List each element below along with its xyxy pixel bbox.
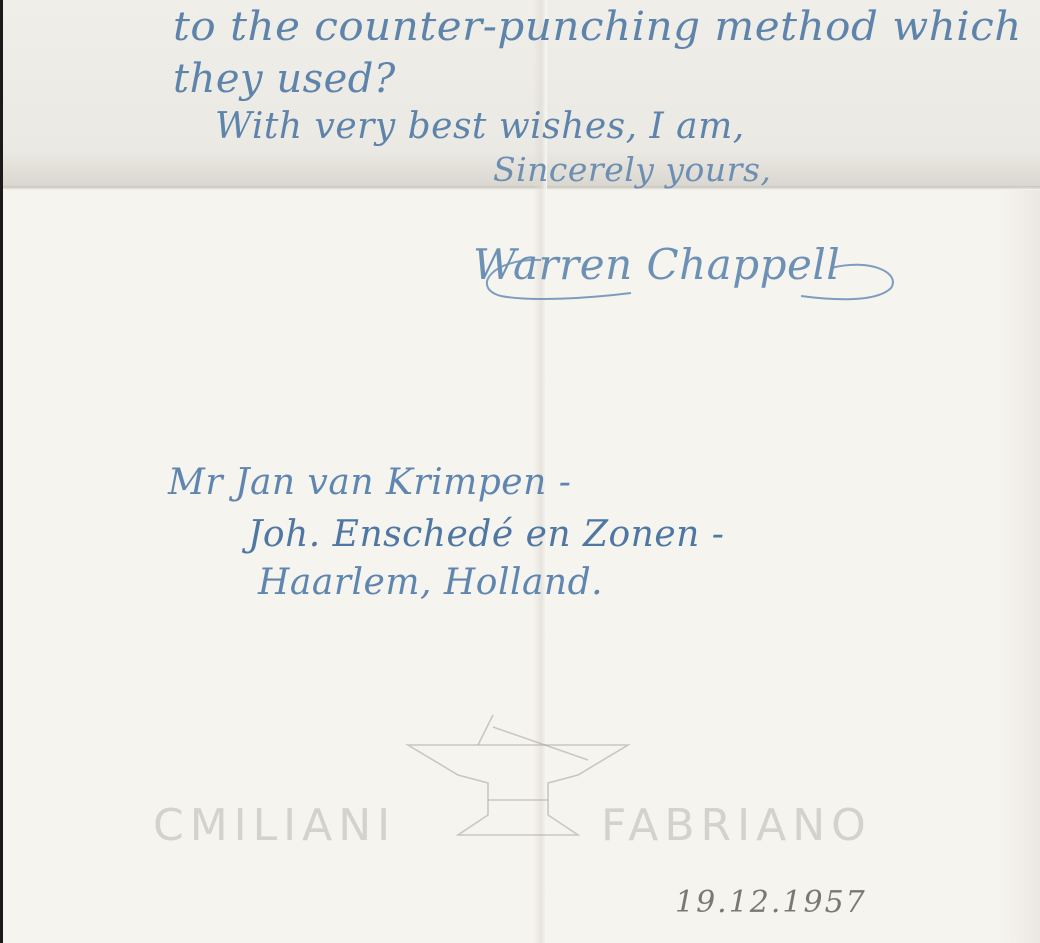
address-company: Joh. Enschedé en Zonen - bbox=[248, 514, 724, 555]
signature: Warren Chappell bbox=[473, 240, 840, 289]
body-line-2: they used? bbox=[173, 56, 396, 102]
body-line-1: to the counter-punching method which bbox=[173, 4, 1022, 50]
watermark-left: CMILIANI bbox=[153, 800, 396, 851]
valediction: Sincerely yours, bbox=[493, 150, 771, 189]
closing-line: With very best wishes, I am, bbox=[215, 106, 745, 147]
watermark-right: FABRIANO bbox=[601, 800, 872, 851]
letter-page: to the counter-punching method which the… bbox=[3, 0, 1040, 943]
right-edge-shading bbox=[1000, 190, 1040, 943]
address-name: Mr Jan van Krimpen - bbox=[168, 462, 571, 503]
address-city: Haarlem, Holland. bbox=[258, 562, 603, 603]
date-annotation: 19.12.1957 bbox=[675, 885, 867, 920]
